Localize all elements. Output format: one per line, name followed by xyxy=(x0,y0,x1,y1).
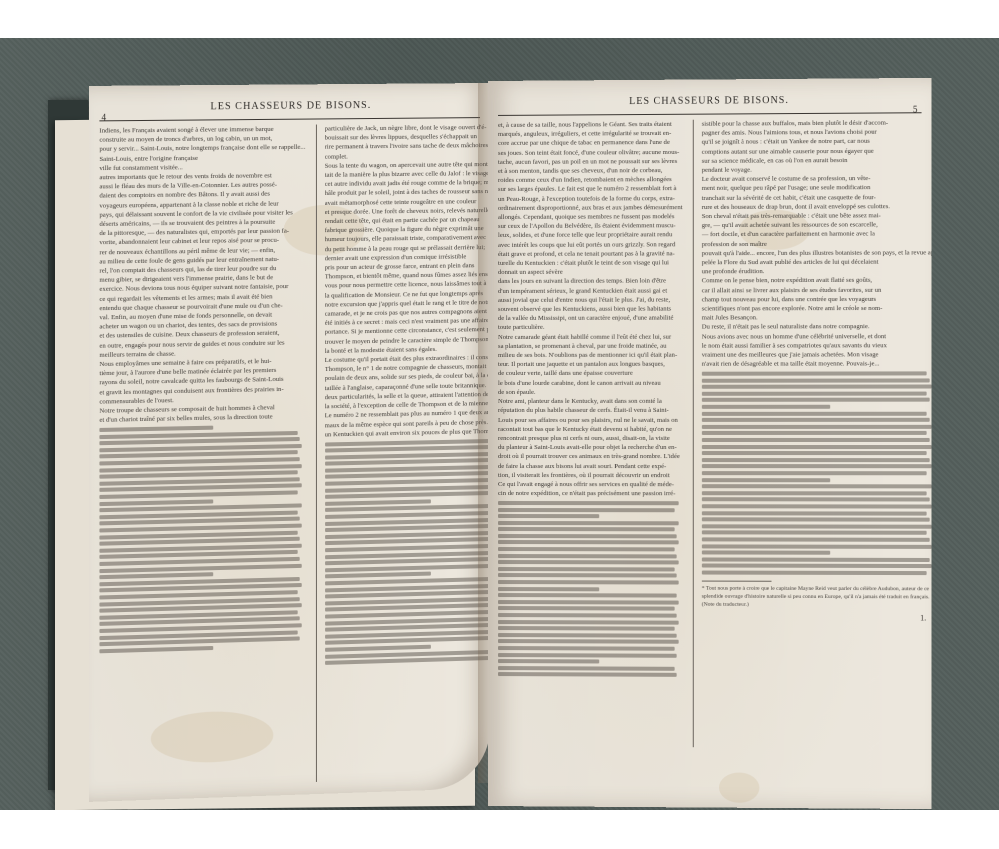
text-line: de faire la chasse aux bisons lui avait … xyxy=(498,462,683,471)
text-line: pouvait qu'à l'aide... encore, l'un des … xyxy=(702,248,932,258)
left-page-column-1: Indiens, les Français avaient songé à él… xyxy=(99,125,305,790)
header-rule xyxy=(498,112,922,116)
illegible-text-line xyxy=(498,547,675,551)
text-line: le nom était aussi familier à ses compat… xyxy=(702,341,932,351)
text-line: de son épaule. xyxy=(498,388,683,397)
text-line: du planteur à Saint-Louis avait-elle pou… xyxy=(498,443,683,452)
illegible-text-line xyxy=(702,531,927,535)
illegible-text-line xyxy=(498,633,677,638)
signature-mark: 1. xyxy=(702,613,932,623)
text-line: scientifiques n'ont pas encore explorée.… xyxy=(702,304,932,314)
text-line: racontait tout bas que le Kentucky était… xyxy=(498,425,683,434)
illegible-text-line xyxy=(498,501,679,505)
text-line: turelle du Kentuckien : c'était plutôt l… xyxy=(498,258,683,268)
left-page-columns: Indiens, les Français avaient songé à él… xyxy=(99,123,480,789)
illegible-text-line xyxy=(498,527,675,531)
text-line: sa plantation, se promenant à cheval, pa… xyxy=(498,341,683,351)
illegible-text-line xyxy=(702,517,930,521)
illegible-text-line xyxy=(498,587,599,591)
illegible-text-line xyxy=(498,573,677,577)
text-line: Notre ami, planteur dans le Kentucky, av… xyxy=(498,397,683,406)
book-photo: LES CHASSEURS DE BISONS. 4 Indiens, les … xyxy=(0,38,999,810)
illegible-text-line xyxy=(702,464,932,468)
illegible-text-line xyxy=(99,499,213,506)
text-line: de couleur verte, taillé dans une épaiss… xyxy=(498,369,683,378)
text-line: milieu de ses bois. N'oublions pas de me… xyxy=(498,351,683,361)
illegible-text-line xyxy=(702,498,930,502)
text-line: Louis pour ses affaires ou pour ses plai… xyxy=(498,415,683,424)
illegible-text-line xyxy=(702,451,927,455)
text-line: droit où il pourrait trouver ces animaux… xyxy=(498,452,683,461)
illegible-text-line xyxy=(702,431,927,435)
text-line: toute particulière. xyxy=(498,323,683,333)
footnote: * Tout nous porte à croire que le capita… xyxy=(702,584,932,609)
illegible-text-line xyxy=(99,426,213,432)
text-line: n'avait rien de désagréable et ma taille… xyxy=(702,360,932,370)
text-line: dans les jours en suivant la direction d… xyxy=(498,277,683,287)
running-head-right: LES CHASSEURS DE BISONS. xyxy=(488,94,932,108)
illegible-text-line xyxy=(702,537,930,541)
illegible-text-line xyxy=(498,508,675,512)
running-head-left: LES CHASSEURS DE BISONS. xyxy=(89,99,490,113)
illegible-text-line xyxy=(325,572,431,579)
text-line: Notre camarade géant était habillé comme… xyxy=(498,332,683,342)
illegible-text-line xyxy=(702,570,927,575)
text-line: rencontrait presque plus ni cerfs ni our… xyxy=(498,434,683,443)
illegible-text-line xyxy=(498,626,675,631)
illegible-text-line xyxy=(702,418,930,422)
illegible-text-line xyxy=(702,385,932,389)
text-line: cin de notre expédition, ce n'était pas … xyxy=(498,489,683,498)
illegible-text-line xyxy=(325,491,490,499)
text-line: aussi jovial que celui d'entre nous qui … xyxy=(498,295,683,305)
illegible-text-line xyxy=(498,613,677,618)
illegible-text-line xyxy=(702,544,932,548)
header-rule xyxy=(99,117,480,121)
illegible-text-line xyxy=(498,521,679,525)
illegible-text-line xyxy=(702,458,930,462)
illegible-text-line xyxy=(702,378,930,382)
text-line: teur. Il portait une jaquette et un pant… xyxy=(498,360,683,370)
text-line: vraiment une des meilleures que j'aie ja… xyxy=(702,350,932,360)
text-line: core accrue par une chique de tabac en p… xyxy=(498,138,683,148)
text-line: avec intérêt les coups que lui eût porté… xyxy=(498,240,683,250)
illegible-text-line xyxy=(702,438,930,442)
illegible-text-line xyxy=(498,560,679,564)
illegible-text-line xyxy=(498,659,599,663)
illegible-text-line xyxy=(702,398,930,402)
text-line: de la vallée du Mississipi, ont un carac… xyxy=(498,314,683,324)
paper-stain xyxy=(719,772,759,802)
illegible-text-line xyxy=(702,504,932,508)
illegible-text-line xyxy=(702,445,932,449)
left-page-column-2: particulière de Jack, un nègre libre, do… xyxy=(316,123,490,782)
text-line: mait Jules Besançon. xyxy=(702,313,932,323)
illegible-text-line xyxy=(702,471,927,475)
illegible-text-line xyxy=(498,620,679,625)
illegible-text-line xyxy=(325,645,431,652)
illegible-text-line xyxy=(498,534,677,538)
illegible-text-line xyxy=(325,445,490,453)
illegible-text-line xyxy=(325,499,431,506)
illegible-text-line xyxy=(498,541,679,545)
illegible-text-line xyxy=(498,593,677,598)
illegible-text-line xyxy=(702,405,831,409)
right-page-columns: et, à cause de sa taille, nous l'appelio… xyxy=(498,118,922,748)
illegible-text-line xyxy=(498,580,679,584)
text-line: Nous avions avec nous un homme d'une cél… xyxy=(702,332,932,342)
illegible-text-line xyxy=(702,524,932,528)
illegible-text-line xyxy=(702,425,932,429)
illegible-text-line xyxy=(498,600,679,605)
illegible-text-line xyxy=(498,554,677,558)
illegible-text-line xyxy=(498,653,677,658)
text-line: leux, solides, et d'une force telle que … xyxy=(498,231,683,241)
text-line: Du reste, il n'était pas le seul natural… xyxy=(702,322,932,332)
illegible-text-line xyxy=(498,646,675,651)
illegible-text-line xyxy=(99,572,213,579)
illegible-text-line xyxy=(99,490,297,499)
text-line: rire permanent à travers l'ivoire sans t… xyxy=(325,141,490,152)
footnote-rule xyxy=(702,580,772,581)
illegible-text-line xyxy=(498,567,675,571)
illegible-text-line xyxy=(498,666,675,671)
illegible-text-line xyxy=(702,564,932,569)
illegible-text-line xyxy=(498,672,677,677)
text-line: Ce qui l'avait engagé à nous offrir ses … xyxy=(498,480,683,489)
text-line: d'un tempérament sérieux, le grand Kentu… xyxy=(498,286,683,296)
right-page-column-2: sistible pour la chasse aux buffalos, ma… xyxy=(693,118,932,748)
right-page: LES CHASSEURS DE BISONS. 5 et, à cause d… xyxy=(488,78,932,809)
illegible-text-line xyxy=(99,646,213,653)
illegible-text-line xyxy=(702,557,930,562)
illegible-text-line xyxy=(498,606,675,611)
illegible-text-line xyxy=(498,514,599,518)
illegible-text-line xyxy=(702,511,927,515)
text-line: souvent observé que les Kentuckiens, aus… xyxy=(498,305,683,315)
illegible-text-line xyxy=(702,478,831,482)
left-page: LES CHASSEURS DE BISONS. 4 Indiens, les … xyxy=(89,83,490,802)
text-line: le bois d'une lourde carabine, dont le c… xyxy=(498,378,683,387)
text-line: sur ses larges épaules. Le fait est que … xyxy=(498,184,683,194)
illegible-text-line xyxy=(702,484,932,488)
illegible-text-line xyxy=(702,411,927,415)
illegible-text-line xyxy=(702,371,927,375)
text-line: tion, il visiterait les frontières, où i… xyxy=(498,471,683,480)
illegible-text-line xyxy=(498,639,679,644)
text-line: réputation du plus habile chasseur de ce… xyxy=(498,406,683,415)
illegible-text-line xyxy=(702,491,927,495)
illegible-text-line xyxy=(702,551,831,555)
right-page-column-1: et, à cause de sa taille, nous l'appelio… xyxy=(498,120,683,747)
illegible-text-line xyxy=(702,391,927,395)
